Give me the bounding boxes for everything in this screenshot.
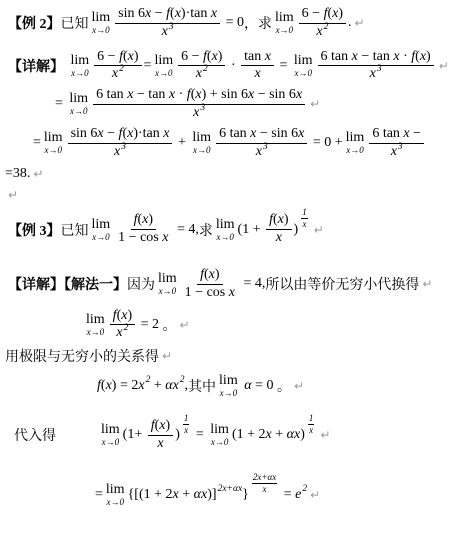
- superscript: 3: [263, 142, 268, 152]
- math-text: =: [55, 96, 66, 112]
- limit-operator: limx→0: [154, 54, 173, 78]
- document-page: 【例 2】已知limx→0sin 6x − f(x)·tan xx3 = 0，求…: [0, 0, 469, 536]
- math-text: ): [300, 427, 305, 443]
- fraction-denominator: x: [273, 230, 285, 247]
- math-text: x: [114, 144, 120, 159]
- math-text: 用极限与无穷小的关系得: [5, 346, 159, 366]
- limit-operator: limx→0: [101, 423, 120, 447]
- limit-operator: limx→0: [86, 313, 105, 337]
- math-text: sin 6: [118, 6, 145, 21]
- ex2-solution-step2: = limx→06 tan x − tan x · f(x) + sin 6x …: [0, 87, 469, 122]
- math-text: 6 −: [181, 49, 203, 64]
- lim-subscript: x→0: [71, 69, 89, 78]
- math-text: x: [162, 230, 168, 245]
- fraction-denominator: x2: [313, 24, 331, 41]
- paragraph-mark-icon: ↵: [294, 379, 304, 393]
- ex3-infinitesimal-note: 用极限与无穷小的关系得↵: [0, 346, 469, 366]
- lim-word: lim: [192, 131, 211, 145]
- superscript: 2: [203, 64, 208, 74]
- ex2-solution-step1: 【详解】 limx→06 − f(x)x2=limx→06 − f(x)x2 ·…: [0, 49, 469, 84]
- math-text: = 2: [137, 317, 159, 333]
- math-text: {[: [128, 487, 139, 503]
- paragraph-mark-icon: ↵: [310, 97, 320, 111]
- math-text: 6 −: [302, 6, 324, 21]
- limit-operator: limx→0: [92, 11, 111, 35]
- paragraph-mark-icon: ↵: [33, 167, 43, 181]
- math-text: 所以由等价无穷小代换得: [265, 274, 419, 294]
- fraction: f(x)x: [266, 212, 291, 247]
- fraction-denominator: x2: [193, 66, 211, 83]
- paragraph-mark-icon: ↵: [162, 349, 172, 363]
- lim-word: lim: [346, 131, 365, 145]
- math-text: α: [241, 378, 252, 394]
- math-text: x: [116, 325, 122, 340]
- superscript-fraction: 2x+αxx: [252, 472, 277, 496]
- math-text: +: [272, 427, 287, 443]
- lim-subscript: x→0: [102, 438, 120, 447]
- spacer: [56, 435, 98, 436]
- math-text: +: [179, 487, 194, 503]
- lim-subscript: x→0: [220, 389, 238, 398]
- math-text: 已知: [61, 220, 89, 240]
- math-text: 。: [159, 315, 177, 335]
- math-text: x: [316, 24, 322, 39]
- superscript-fraction-denominator: x: [301, 219, 307, 230]
- lim-subscript: x→0: [294, 69, 312, 78]
- ex3-fx-expression: f(x) = 2x2 + αx2,其中limx→0 α = 0 。↵: [0, 374, 469, 398]
- math-text: 求: [258, 13, 272, 33]
- paragraph-mark-icon: ↵: [8, 188, 18, 202]
- math-text: =: [276, 58, 291, 74]
- math-text: x: [276, 230, 282, 245]
- math-text: [64, 58, 68, 74]
- superscript-fraction-denominator: x: [308, 425, 314, 436]
- superscript: 2: [146, 375, 151, 385]
- lim-subscript: x→0: [193, 146, 211, 155]
- math-text: α: [165, 378, 172, 394]
- lim-subscript: x→0: [346, 146, 364, 155]
- paragraph-mark-icon: ↵: [320, 428, 330, 442]
- lim-subscript: x→0: [87, 328, 105, 337]
- limit-operator: limx→0: [158, 272, 177, 296]
- fraction-numerator: 6 tan x −: [369, 126, 424, 144]
- math-text: x: [256, 144, 262, 159]
- math-text: 【详解】【解法一】: [8, 274, 127, 294]
- limit-operator: limx→0: [69, 92, 88, 116]
- lim-subscript: x→0: [211, 438, 229, 447]
- fraction: 6 − f(x)x2: [299, 6, 346, 41]
- math-text: ·: [227, 58, 239, 74]
- superscript-fraction-numerator: 1: [301, 207, 308, 219]
- math-text: x: [193, 105, 199, 120]
- fraction-numerator: f(x): [148, 418, 173, 436]
- math-text: x: [173, 378, 179, 394]
- math-text: −: [410, 126, 421, 141]
- fraction: f(x)1 − cos x: [115, 212, 171, 247]
- fraction: 6 − f(x)x2: [178, 49, 225, 84]
- math-text: x: [265, 49, 271, 64]
- superscript: 3: [200, 103, 205, 113]
- superscript: 2: [119, 64, 124, 74]
- paragraph-mark-icon: ↵: [180, 318, 190, 332]
- lim-word: lim: [71, 54, 90, 68]
- fraction-denominator: 1 − cos x: [115, 230, 171, 247]
- superscript: 2: [180, 375, 185, 385]
- math-text: 6 tan: [321, 49, 352, 64]
- math-text: x: [196, 66, 202, 81]
- superscript-fraction: 1x: [308, 413, 315, 437]
- fraction-denominator: 1 − cos x: [182, 285, 238, 302]
- ex2-solution-step3: =limx→0sin 6x − f(x)·tan xx3 + limx→06 t…: [0, 126, 469, 161]
- math-text: 已知: [61, 13, 89, 33]
- math-text: (1+: [123, 427, 146, 443]
- math-text: x: [296, 87, 302, 102]
- superscript: 3: [377, 64, 382, 74]
- ex3-solution-intro: 【详解】【解法一】因为limx→0f(x)1 − cos x = 4,所以由等价…: [0, 267, 469, 302]
- ex2-result: =38.↵: [0, 166, 469, 182]
- fraction-numerator: 6 − f(x): [178, 49, 225, 67]
- math-text: ，: [244, 13, 258, 33]
- math-text: α: [287, 427, 294, 443]
- fraction-denominator: x3: [190, 105, 208, 122]
- math-text: ): [338, 6, 343, 21]
- math-text: .: [348, 15, 352, 31]
- lim-word: lim: [216, 218, 235, 232]
- lim-word: lim: [294, 54, 313, 68]
- lim-word: lim: [154, 54, 173, 68]
- math-text: ) + sin 6: [202, 87, 248, 102]
- math-text: tan: [190, 6, 211, 21]
- fraction-numerator: sin 6x − f(x)·tan x: [68, 126, 173, 144]
- math-text: 代入得: [14, 425, 56, 445]
- math-text: x: [370, 66, 376, 81]
- math-text: ): [294, 222, 299, 238]
- math-text: x: [254, 66, 260, 81]
- limit-operator: limx→0: [219, 374, 238, 398]
- math-text: x: [138, 378, 144, 394]
- fraction: sin 6x − f(x)·tan xx3: [115, 6, 220, 41]
- superscript-fraction-numerator: 2x+αx: [252, 472, 277, 484]
- superscript-fraction-numerator: 1: [308, 413, 315, 425]
- math-text: =38.: [5, 166, 30, 182]
- paragraph-mark-icon: ↵: [310, 488, 320, 502]
- ex3-limit-value: limx→0f(x)x2 = 2 。↵: [0, 308, 469, 343]
- lim-word: lim: [44, 131, 63, 145]
- paragraph-mark-icon: ↵: [422, 277, 432, 291]
- math-text: ): [426, 49, 431, 64]
- fraction: 6 − f(x)x2: [94, 49, 141, 84]
- math-text: 因为: [127, 274, 155, 294]
- math-text: ): [148, 212, 153, 227]
- fraction-numerator: 6 − f(x): [299, 6, 346, 24]
- empty-paragraph: ↵: [0, 188, 469, 202]
- math-text: x: [391, 144, 397, 159]
- math-text: ): [127, 308, 132, 323]
- fraction-denominator: x3: [159, 24, 177, 41]
- math-text: ) = 2: [112, 378, 139, 394]
- fraction: f(x)x2: [110, 308, 135, 343]
- math-text: = 0: [222, 15, 244, 31]
- paragraph-mark-icon: ↵: [355, 16, 365, 30]
- math-text: x: [298, 126, 304, 141]
- math-text: (1 + 2: [232, 427, 266, 443]
- math-text: =: [192, 427, 207, 443]
- math-text: =: [280, 487, 295, 503]
- ex2-statement: 【例 2】已知limx→0sin 6x − f(x)·tan xx3 = 0，求…: [0, 6, 469, 41]
- superscript-fraction: 1x: [301, 207, 308, 231]
- fraction-numerator: 6 − f(x): [94, 49, 141, 67]
- math-text: −: [104, 126, 119, 141]
- lim-subscript: x→0: [70, 107, 88, 116]
- math-text: =: [144, 58, 152, 74]
- limit-operator: limx→0: [44, 131, 63, 155]
- math-text: (1 + 2: [139, 487, 173, 503]
- limit-operator: limx→0: [92, 218, 111, 242]
- lim-subscript: x→0: [216, 233, 234, 242]
- math-text: 6 tan: [96, 87, 127, 102]
- math-text: x: [162, 24, 168, 39]
- math-text: ): [218, 49, 223, 64]
- math-text: +: [174, 135, 189, 151]
- fraction-denominator: x: [251, 66, 263, 83]
- lim-word: lim: [101, 423, 120, 437]
- superscript: 2: [124, 323, 129, 333]
- fraction: 6 tan x − sin 6xx3: [216, 126, 307, 161]
- ex3-substitution: 代入得limx→0(1+ f(x)x)1x = limx→0(1 + 2x + …: [0, 418, 469, 453]
- math-text: x: [229, 285, 235, 300]
- math-text: )·: [181, 6, 190, 21]
- limit-operator: limx→0: [346, 131, 365, 155]
- lim-word: lim: [210, 423, 229, 437]
- fraction-denominator: x3: [253, 144, 271, 161]
- fraction-numerator: sin 6x − f(x)·tan x: [115, 6, 220, 24]
- lim-word: lim: [92, 218, 111, 232]
- math-text: = 4,: [173, 222, 198, 238]
- limit-operator: limx→0: [216, 218, 235, 242]
- math-text: sin 6: [71, 126, 98, 141]
- paragraph-mark-icon: ↵: [314, 223, 324, 237]
- fraction-numerator: f(x): [131, 212, 156, 230]
- paragraph-mark-icon: ↵: [439, 59, 449, 73]
- lim-subscript: x→0: [106, 498, 124, 507]
- limit-operator: limx→0: [192, 131, 211, 155]
- math-text: )·: [133, 126, 142, 141]
- math-text: ·: [400, 49, 412, 64]
- math-text: x: [112, 66, 118, 81]
- math-text: +: [150, 378, 165, 394]
- math-text: 【例 3】: [8, 220, 61, 240]
- math-text: −: [151, 6, 166, 21]
- fraction: f(x)x: [148, 418, 173, 453]
- fraction-numerator: f(x): [110, 308, 135, 326]
- math-text: − tan: [358, 49, 394, 64]
- math-text: = 0: [252, 378, 274, 394]
- lim-subscript: x→0: [155, 69, 173, 78]
- fraction: tan xx: [241, 49, 274, 84]
- math-text: ): [175, 427, 180, 443]
- fraction-denominator: x2: [109, 66, 127, 83]
- lim-word: lim: [92, 11, 111, 25]
- superscript-fraction-denominator: x: [262, 484, 268, 495]
- lim-word: lim: [86, 313, 105, 327]
- fraction-numerator: f(x): [197, 267, 222, 285]
- math-text: 6 tan: [219, 126, 250, 141]
- math-text: 6 −: [97, 49, 119, 64]
- fraction-numerator: tan x: [241, 49, 274, 67]
- math-text: 【详解】: [8, 56, 64, 76]
- ex3-final-result: =limx→0{[(1 + 2x + αx)]2x+αx}2x+αxx = e2…: [0, 483, 469, 507]
- lim-word: lim: [158, 272, 177, 286]
- fraction-denominator: x3: [367, 66, 385, 83]
- superscript: 3: [398, 142, 403, 152]
- math-text: tan: [143, 126, 164, 141]
- fraction-numerator: 6 tan x − tan x · f(x): [318, 49, 434, 67]
- fraction-denominator: x2: [113, 325, 131, 342]
- math-text: 。: [273, 376, 291, 396]
- fraction: f(x)1 − cos x: [182, 267, 238, 302]
- math-text: ): [215, 267, 220, 282]
- math-text: (1 +: [238, 222, 265, 238]
- math-text: x: [211, 6, 217, 21]
- math-text: 1 − cos: [185, 285, 229, 300]
- math-text: = 4,: [240, 276, 265, 292]
- fraction-numerator: f(x): [266, 212, 291, 230]
- lim-subscript: x→0: [276, 26, 294, 35]
- superscript-fraction: 1x: [183, 413, 190, 437]
- math-text: }: [242, 487, 249, 503]
- math-text: ]: [212, 487, 217, 503]
- math-text: x: [163, 126, 169, 141]
- math-text: − tan: [133, 87, 169, 102]
- math-text: 6 tan: [372, 126, 403, 141]
- superscript: 3: [121, 142, 126, 152]
- lim-subscript: x→0: [92, 26, 110, 35]
- fraction-denominator: x3: [388, 144, 406, 161]
- lim-word: lim: [106, 483, 125, 497]
- fraction-denominator: x: [154, 436, 166, 453]
- limit-operator: limx→0: [71, 54, 90, 78]
- lim-word: lim: [275, 11, 294, 25]
- limit-operator: limx→0: [275, 11, 294, 35]
- math-text: tan: [244, 49, 265, 64]
- math-text: e: [295, 487, 301, 503]
- math-text: 其中: [188, 376, 216, 396]
- math-text: ·: [175, 87, 187, 102]
- limit-operator: limx→0: [106, 483, 125, 507]
- lim-subscript: x→0: [44, 146, 62, 155]
- math-text: − sin 6: [256, 126, 298, 141]
- math-text: =: [33, 135, 41, 151]
- math-text: − sin 6: [254, 87, 296, 102]
- math-text: =: [95, 487, 103, 503]
- superscript: 2x+αx: [218, 484, 243, 494]
- limit-operator: limx→0: [210, 423, 229, 447]
- fraction: 6 tan x −x3: [369, 126, 424, 161]
- math-text: x: [157, 436, 163, 451]
- superscript: 2: [324, 22, 329, 32]
- math-text: ): [134, 49, 139, 64]
- math-text: 1 − cos: [118, 230, 162, 245]
- superscript-fraction-numerator: 1: [183, 413, 190, 425]
- math-text: α: [194, 487, 201, 503]
- ex3-statement: 【例 3】已知limx→0f(x)1 − cos x = 4,求limx→0(1…: [0, 212, 469, 247]
- lim-word: lim: [69, 92, 88, 106]
- fraction: 6 tan x − tan x · f(x)x3: [318, 49, 434, 84]
- math-text: ): [166, 418, 171, 433]
- fraction-denominator: x3: [111, 144, 129, 161]
- fraction: 6 tan x − tan x · f(x) + sin 6x − sin 6x…: [93, 87, 305, 122]
- superscript: 3: [169, 22, 174, 32]
- superscript-fraction-denominator: x: [183, 425, 189, 436]
- lim-subscript: x→0: [159, 287, 177, 296]
- fraction: sin 6x − f(x)·tan xx3: [68, 126, 173, 161]
- fraction-numerator: 6 tan x − sin 6x: [216, 126, 307, 144]
- superscript: 2: [302, 484, 307, 494]
- lim-subscript: x→0: [92, 233, 110, 242]
- lim-word: lim: [219, 374, 238, 388]
- math-text: 【例 2】: [8, 13, 61, 33]
- limit-operator: limx→0: [294, 54, 313, 78]
- math-text: = 0 +: [309, 135, 342, 151]
- math-text: ): [284, 212, 289, 227]
- math-text: 求: [199, 220, 213, 240]
